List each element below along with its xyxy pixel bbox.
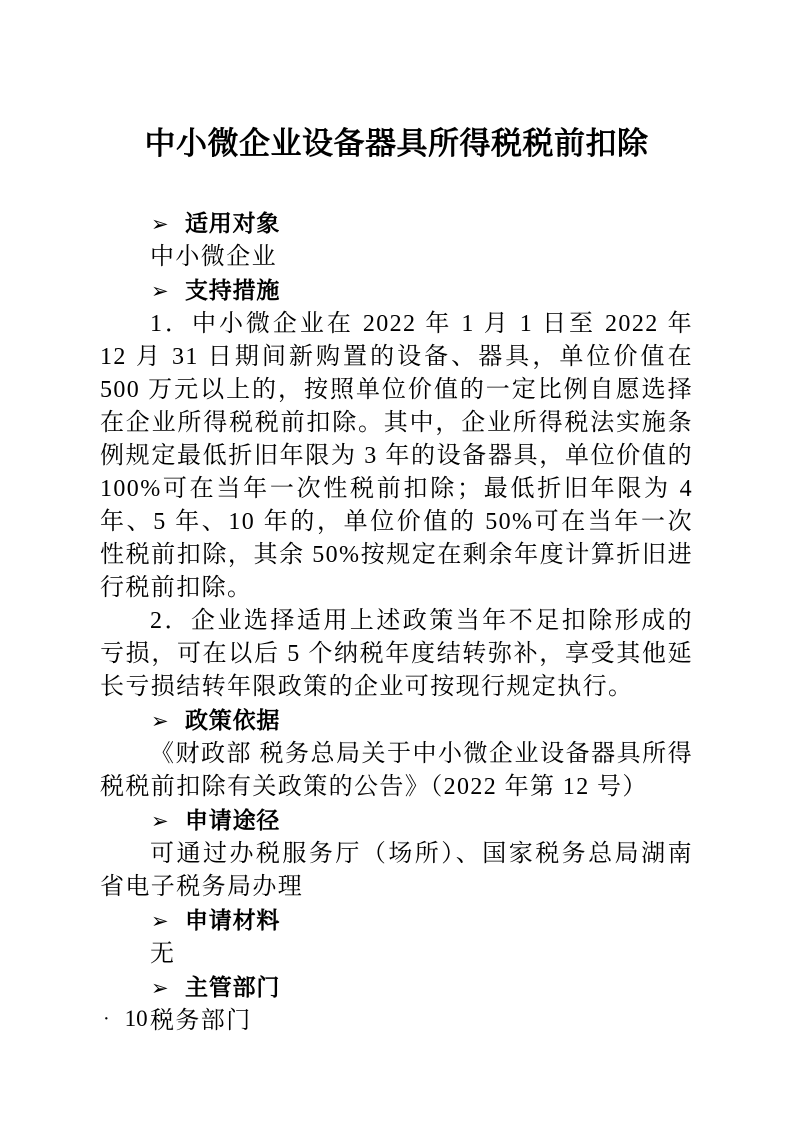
arrow-bullet-icon: ➢ [151, 705, 185, 738]
body-paragraph: 1．中小微企业在 2022 年 1 月 1 日至 2022 年 12 月 31 … [100, 308, 693, 605]
arrow-bullet-icon: ➢ [151, 905, 185, 938]
page-number: 10 [125, 1004, 148, 1034]
section-heading-label: 申请途径 [185, 807, 280, 833]
body-paragraph: 无 [100, 938, 693, 971]
body-paragraph: 可通过办税服务厅（场所）、国家税务总局湖南省电子税务局办理 [100, 838, 693, 904]
body-paragraph: 中小微企业 [100, 241, 693, 274]
section-heading-0: ➢适用对象 [100, 207, 693, 241]
body-paragraph: 《财政部 税务总局关于中小微企业设备器具所得税税前扣除有关政策的公告》（2022… [100, 738, 693, 804]
arrow-bullet-icon: ➢ [151, 972, 185, 1005]
section-heading-2: ➢政策依据 [100, 704, 693, 738]
arrow-bullet-icon: ➢ [151, 805, 185, 838]
section-heading-label: 政策依据 [185, 707, 280, 733]
section-heading-label: 申请材料 [185, 907, 280, 933]
section-heading-1: ➢支持措施 [100, 274, 693, 308]
page-footer: · 10 · [103, 1004, 169, 1034]
section-heading-label: 主管部门 [185, 974, 280, 1000]
footer-left-dot: · [103, 1004, 110, 1034]
section-heading-4: ➢申请材料 [100, 904, 693, 938]
document-page: 中小微企业设备器具所得税税前扣除 ➢适用对象中小微企业➢支持措施1．中小微企业在… [0, 0, 793, 1122]
body-paragraph: 2．企业选择适用上述政策当年不足扣除形成的亏损，可在以后 5 个纳税年度结转弥补… [100, 605, 693, 704]
arrow-bullet-icon: ➢ [151, 275, 185, 308]
document-body: ➢适用对象中小微企业➢支持措施1．中小微企业在 2022 年 1 月 1 日至 … [100, 207, 693, 1038]
arrow-bullet-icon: ➢ [151, 208, 185, 241]
section-heading-label: 支持措施 [185, 277, 280, 303]
section-heading-5: ➢主管部门 [100, 971, 693, 1005]
section-heading-3: ➢申请途径 [100, 804, 693, 838]
section-heading-label: 适用对象 [185, 210, 280, 236]
body-paragraph: 税务部门 [100, 1005, 693, 1038]
page-title: 中小微企业设备器具所得税税前扣除 [0, 124, 793, 164]
footer-right-dot: · [163, 1004, 170, 1034]
